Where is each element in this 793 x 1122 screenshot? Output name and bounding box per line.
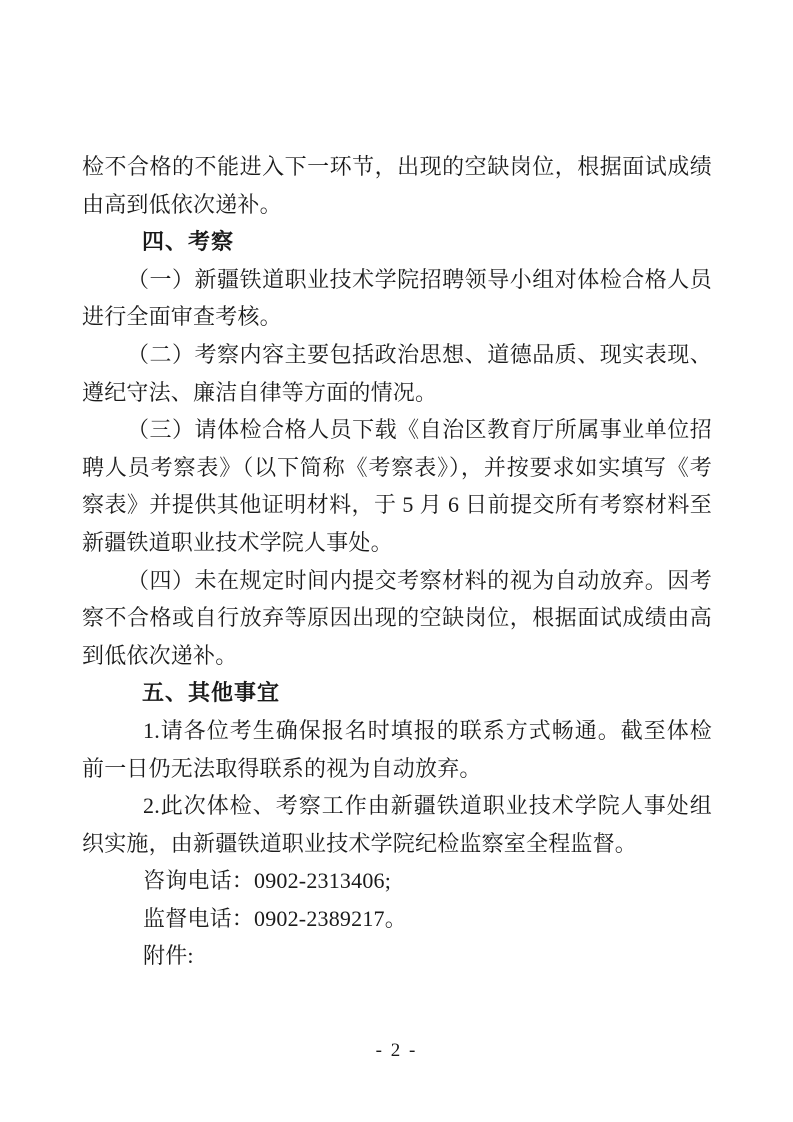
para-4-2-review-content: （二）考察内容主要包括政治思想、道德品质、现实表现、遵纪守法、廉洁自律等方面的情… xyxy=(82,336,712,411)
para-5-2-organizer-supervision: 2.此次体检、考察工作由新疆铁道职业技术学院人事处组织实施，由新疆铁道职业技术学… xyxy=(82,787,712,862)
para-5-1-keep-contact: 1.请各位考生确保报名时填报的联系方式畅通。截至体检前一日仍无法取得联系的视为自… xyxy=(82,712,712,787)
section-heading-4-kaocha: 四、考察 xyxy=(82,223,712,261)
document-body: 检不合格的不能进入下一环节，出现的空缺岗位，根据面试成绩由高到低依次递补。 四、… xyxy=(82,148,712,975)
page-number: - 2 - xyxy=(0,1040,793,1062)
para-medical-recheck-continuation: 检不合格的不能进入下一环节，出现的空缺岗位，根据面试成绩由高到低依次递补。 xyxy=(82,148,712,223)
para-4-1-review-group: （一）新疆铁道职业技术学院招聘领导小组对体检合格人员进行全面审查考核。 xyxy=(82,261,712,336)
line-supervise-phone: 监督电话：0902-2389217。 xyxy=(82,900,712,938)
para-4-4-deadline-waiver: （四）未在规定时间内提交考察材料的视为自动放弃。因考察不合格或自行放弃等原因出现… xyxy=(82,562,712,675)
line-consult-phone: 咨询电话：0902-2313406; xyxy=(82,862,712,900)
line-attachment-label: 附件: xyxy=(82,937,712,975)
para-4-3-download-form: （三）请体检合格人员下载《自治区教育厅所属事业单位招聘人员考察表》（以下简称《考… xyxy=(82,411,712,561)
section-heading-5-other-matters: 五、其他事宜 xyxy=(82,674,712,712)
document-page: 检不合格的不能进入下一环节，出现的空缺岗位，根据面试成绩由高到低依次递补。 四、… xyxy=(0,0,793,1122)
